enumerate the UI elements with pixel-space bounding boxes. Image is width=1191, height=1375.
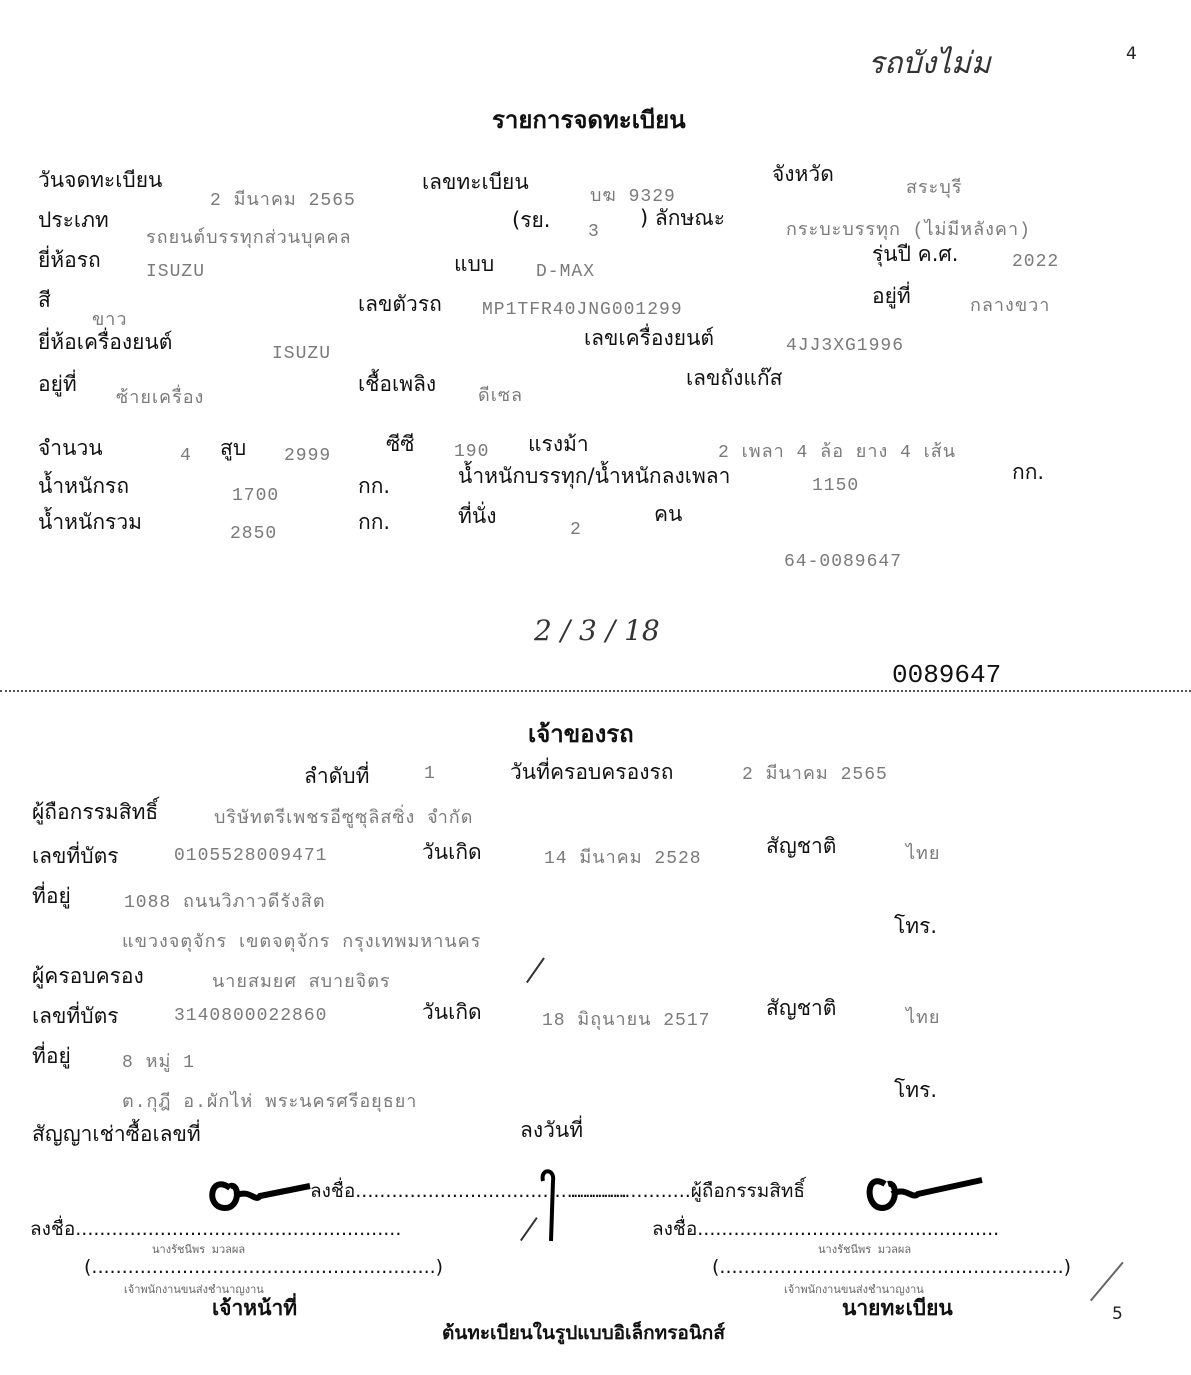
brand-label: ยี่ห้อรถ [38,244,101,277]
holder-sign-suffix: ผู้ถือกรรมสิทธิ์ [691,1180,805,1202]
possessor-nat-label: สัญชาติ [766,992,836,1025]
engine-loc-label: อยู่ที่ [38,368,77,401]
ry-value: 3 [588,222,600,242]
holder-id-label: เลขที่บัตร [32,840,119,873]
owner-title: เจ้าของรถ [528,714,634,753]
type-value: รถยนต์บรรทุกส่วนบุคคล [146,222,352,251]
engine-no-value: 4JJ3XG1996 [786,336,904,356]
seats-unit: คน [654,498,682,531]
ry-open: (รย. [512,204,550,237]
cc-value: 2999 [284,446,331,466]
possessor-birth-label: วันเกิด [422,996,482,1029]
gross-unit: กก. [358,506,390,539]
check-mark [526,957,545,983]
holder-nat-value: ไทย [906,838,940,867]
order-label: ลำดับที่ [304,760,369,793]
holder-addr-line2: แขวงจตุจักร เขตจตุจักร กรุงเทพมหานคร [122,926,481,955]
gas-tank-label: เลขถังแก๊ส [686,362,782,395]
reg-date-label: วันจดทะเบียน [38,164,162,197]
registration-title: รายการจดทะเบียน [492,100,686,139]
sign-label: ลงชื่อ [310,1180,355,1202]
hp-label: แรงม้า [528,428,589,461]
weight-label: น้ำหนักรถ [38,470,129,503]
hp-value: 190 [454,442,489,462]
signature-holder-icon [200,1168,320,1218]
possessor-phone-label: โทร. [894,1074,937,1107]
page-number-bottom: 5 [1112,1304,1123,1324]
page-number-top: 4 [1126,44,1137,64]
possessor-addr-line2: ต.กุฎี อ.ผักไห่ พระนครศรีอยุธยา [122,1086,417,1115]
plate-label: เลขทะเบียน [422,166,529,199]
gross-label: น้ำหนักรวม [38,506,142,539]
load-label: น้ำหนักบรรทุก/น้ำหนักลงเพลา [458,460,730,493]
sign-label: ลงชื่อ [30,1218,75,1240]
chassis-loc-value: กลางขวา [970,290,1050,319]
year-label: รุ่นปี ค.ศ. [872,238,958,271]
possess-date-label: วันที่ครอบครองรถ [510,756,673,789]
engine-no-label: เลขเครื่องยนต์ [584,322,714,355]
fuel-value: ดีเซล [478,380,523,409]
chassis-value: MP1TFR40JNG001299 [482,300,683,320]
seats-value: 2 [570,520,582,540]
signature-registrar-icon [860,1166,990,1216]
gross-value: 2850 [230,524,277,544]
possessor-id-label: เลขที่บัตร [32,1000,119,1033]
signature-mark-icon [535,1166,565,1246]
registrar-name-bracket: (.......................................… [712,1256,1071,1278]
engine-brand-value: ISUZU [272,344,331,364]
handwritten-note: รถบังไม่ม [868,40,991,87]
possessor-label: ผู้ครอบครอง [32,960,144,993]
holder-phone-label: โทร. [894,910,937,943]
section-divider [0,690,1191,692]
seats-label: ที่นั่ง [458,500,496,533]
order-value: 1 [424,764,436,784]
possessor-nat-value: ไทย [906,1002,940,1031]
holder-sign-suffix-line: ....................ผู้ถือกรรมสิทธิ์ [570,1176,805,1206]
contract-label: สัญญาเช่าซื้อเลขที่ [32,1118,201,1151]
axles-value: 2 เพลา 4 ล้อ ยาง 4 เส้น [718,436,956,465]
body-label: ) ลักษณะ [640,202,725,235]
engine-loc-value: ซ้ายเครื่อง [116,382,204,411]
officer-title: เจ้าหน้าที่ [212,1292,297,1325]
reg-date-value: 2 มีนาคม 2565 [210,184,356,213]
model-value: D-MAX [536,262,595,282]
chassis-loc-label: อยู่ที่ [872,280,911,313]
sign-label: ลงชื่อ [652,1218,697,1240]
weight-unit: กก. [358,470,390,503]
stroke-mark [1090,1262,1124,1302]
cc-label: ซีซี [386,428,415,461]
brand-value: ISUZU [146,262,205,282]
holder-addr-label: ที่อยู่ [32,880,71,913]
model-label: แบบ [454,248,494,281]
province-label: จังหวัด [772,158,834,191]
year-value: 2022 [1012,252,1059,272]
holder-nat-label: สัญชาติ [766,830,836,863]
cyl-count-value: 4 [180,446,192,466]
holder-value: บริษัทตรีเพชรอีซูซุลิสซิ่ง จำกัด [214,802,473,831]
cyl-count-label: จำนวน [38,432,103,465]
type-label: ประเภท [38,204,109,237]
holder-label: ผู้ถือกรรมสิทธิ์ [32,796,158,829]
stamp-number: 0089647 [892,660,1001,688]
holder-addr-line1: 1088 ถนนวิภาวดีรังสิต [124,886,326,915]
weight-value: 1700 [232,486,279,506]
possessor-birth-value: 18 มิถุนายน 2517 [542,1004,710,1033]
footer-note: ต้นทะเบียนในรูปแบบอิเล็กทรอนิกส์ [442,1318,725,1348]
reference-number: 64-0089647 [784,552,902,572]
registrar-title: นายทะเบียน [842,1292,953,1325]
load-value: 1150 [812,476,859,496]
cyl-label: สูบ [220,432,246,465]
officer-name-bracket: (.......................................… [84,1256,443,1278]
color-label: สี [38,284,51,317]
holder-id-value: 0105528009471 [174,846,327,866]
engine-brand-label: ยี่ห้อเครื่องยนต์ [38,326,172,359]
fuel-label: เชื้อเพลิง [358,368,436,401]
possessor-id-value: 3140800022860 [174,1006,327,1026]
handwritten-date: 2 / 3 / 18 [534,614,660,647]
contract-date-label: ลงวันที่ [520,1114,583,1147]
possess-date-value: 2 มีนาคม 2565 [742,758,888,787]
province-value: สระบุรี [906,172,962,201]
holder-birth-label: วันเกิด [422,836,482,869]
possessor-addr-label: ที่อยู่ [32,1040,71,1073]
possessor-value: นายสมยศ สบายจิตร [212,966,391,995]
holder-birth-value: 14 มีนาคม 2528 [544,842,702,871]
load-unit: กก. [1012,456,1044,489]
possessor-addr-line1: 8 หมู่ 1 [122,1046,195,1075]
chassis-label: เลขตัวรถ [358,288,442,321]
